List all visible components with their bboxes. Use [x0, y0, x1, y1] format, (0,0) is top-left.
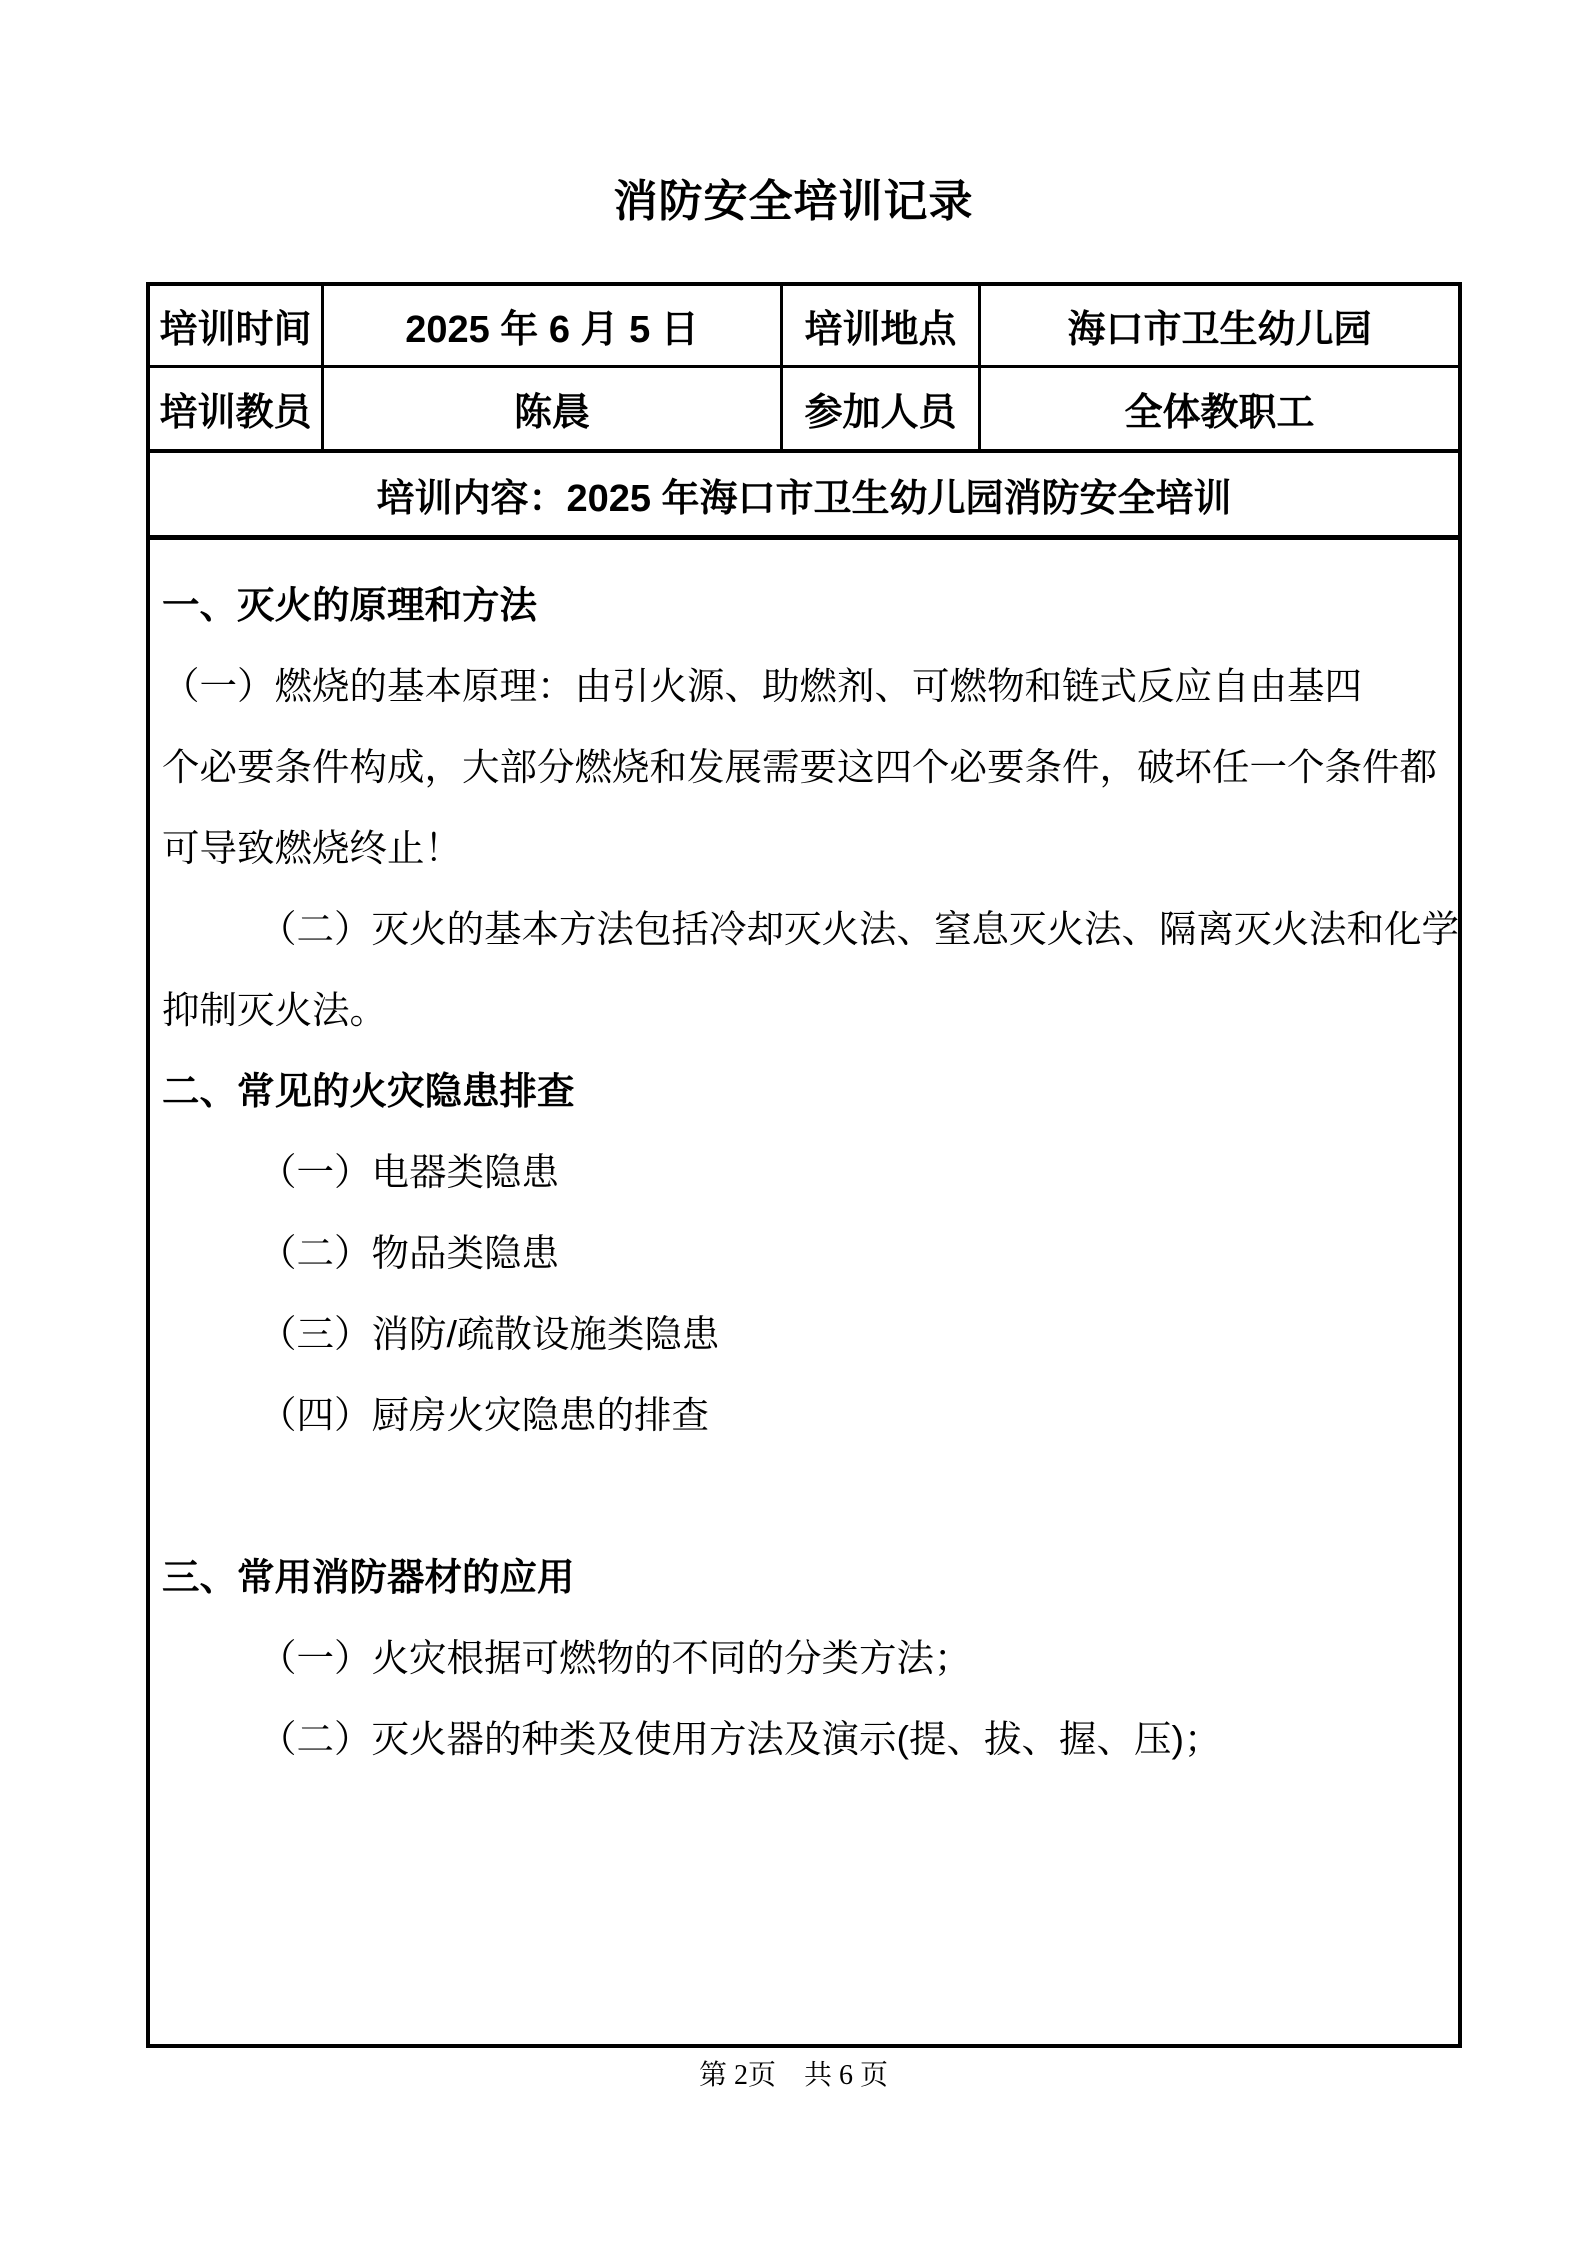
content-line: （一）燃烧的基本原理：由引火源、助燃剂、可燃物和链式反应自由基四	[162, 646, 1448, 727]
content-line-section-2: 二、常见的火灾隐患排查	[162, 1051, 1448, 1132]
page-number: 第 2页 共 6 页	[0, 2056, 1587, 2096]
content-line: 可导致燃烧终止！	[162, 808, 1448, 889]
content-line-blank	[162, 1456, 1448, 1537]
content-line-section-3: 三、常用消防器材的应用	[162, 1537, 1448, 1618]
training-record-table: 培训时间 2025 年 6 月 5 日 培训地点 海口市卫生幼儿园 培训教员 陈…	[146, 282, 1462, 2048]
content-body-cell: 一、灭火的原理和方法 （一）燃烧的基本原理：由引火源、助燃剂、可燃物和链式反应自…	[150, 540, 1458, 1780]
training-time-label: 培训时间	[150, 286, 324, 368]
document-page: 消防安全培训记录 培训时间 2025 年 6 月 5 日 培训地点 海口市卫生幼…	[0, 0, 1587, 2245]
trainer-label: 培训教员	[150, 368, 324, 453]
participants-label: 参加人员	[783, 368, 981, 453]
content-line: （二）物品类隐患	[162, 1213, 1448, 1294]
content-line: （四）厨房火灾隐患的排查	[162, 1375, 1448, 1456]
table-header-rows: 培训时间 2025 年 6 月 5 日 培训地点 海口市卫生幼儿园 培训教员 陈…	[150, 286, 1458, 453]
page-title: 消防安全培训记录	[0, 176, 1587, 228]
content-title-cell: 培训内容：2025 年海口市卫生幼儿园消防安全培训	[150, 453, 1458, 540]
content-line: （二）灭火的基本方法包括冷却灭火法、窒息灭火法、隔离灭火法和化学	[162, 889, 1448, 970]
content-line: （二）灭火器的种类及使用方法及演示(提、拔、握、压)；	[162, 1699, 1448, 1780]
training-location-label: 培训地点	[783, 286, 981, 368]
training-location-value: 海口市卫生幼儿园	[981, 286, 1458, 368]
content-line: （一）电器类隐患	[162, 1132, 1448, 1213]
trainer-value: 陈晨	[324, 368, 783, 453]
content-line: （一）火灾根据可燃物的不同的分类方法；	[162, 1618, 1448, 1699]
participants-value: 全体教职工	[981, 368, 1458, 453]
content-line: 个必要条件构成，大部分燃烧和发展需要这四个必要条件，破坏任一个条件都	[162, 727, 1448, 808]
content-line: （三）消防/疏散设施类隐患	[162, 1294, 1448, 1375]
content-line: 抑制灭火法。	[162, 970, 1448, 1051]
content-line-section-1: 一、灭火的原理和方法	[162, 565, 1448, 646]
training-time-value: 2025 年 6 月 5 日	[324, 286, 783, 368]
